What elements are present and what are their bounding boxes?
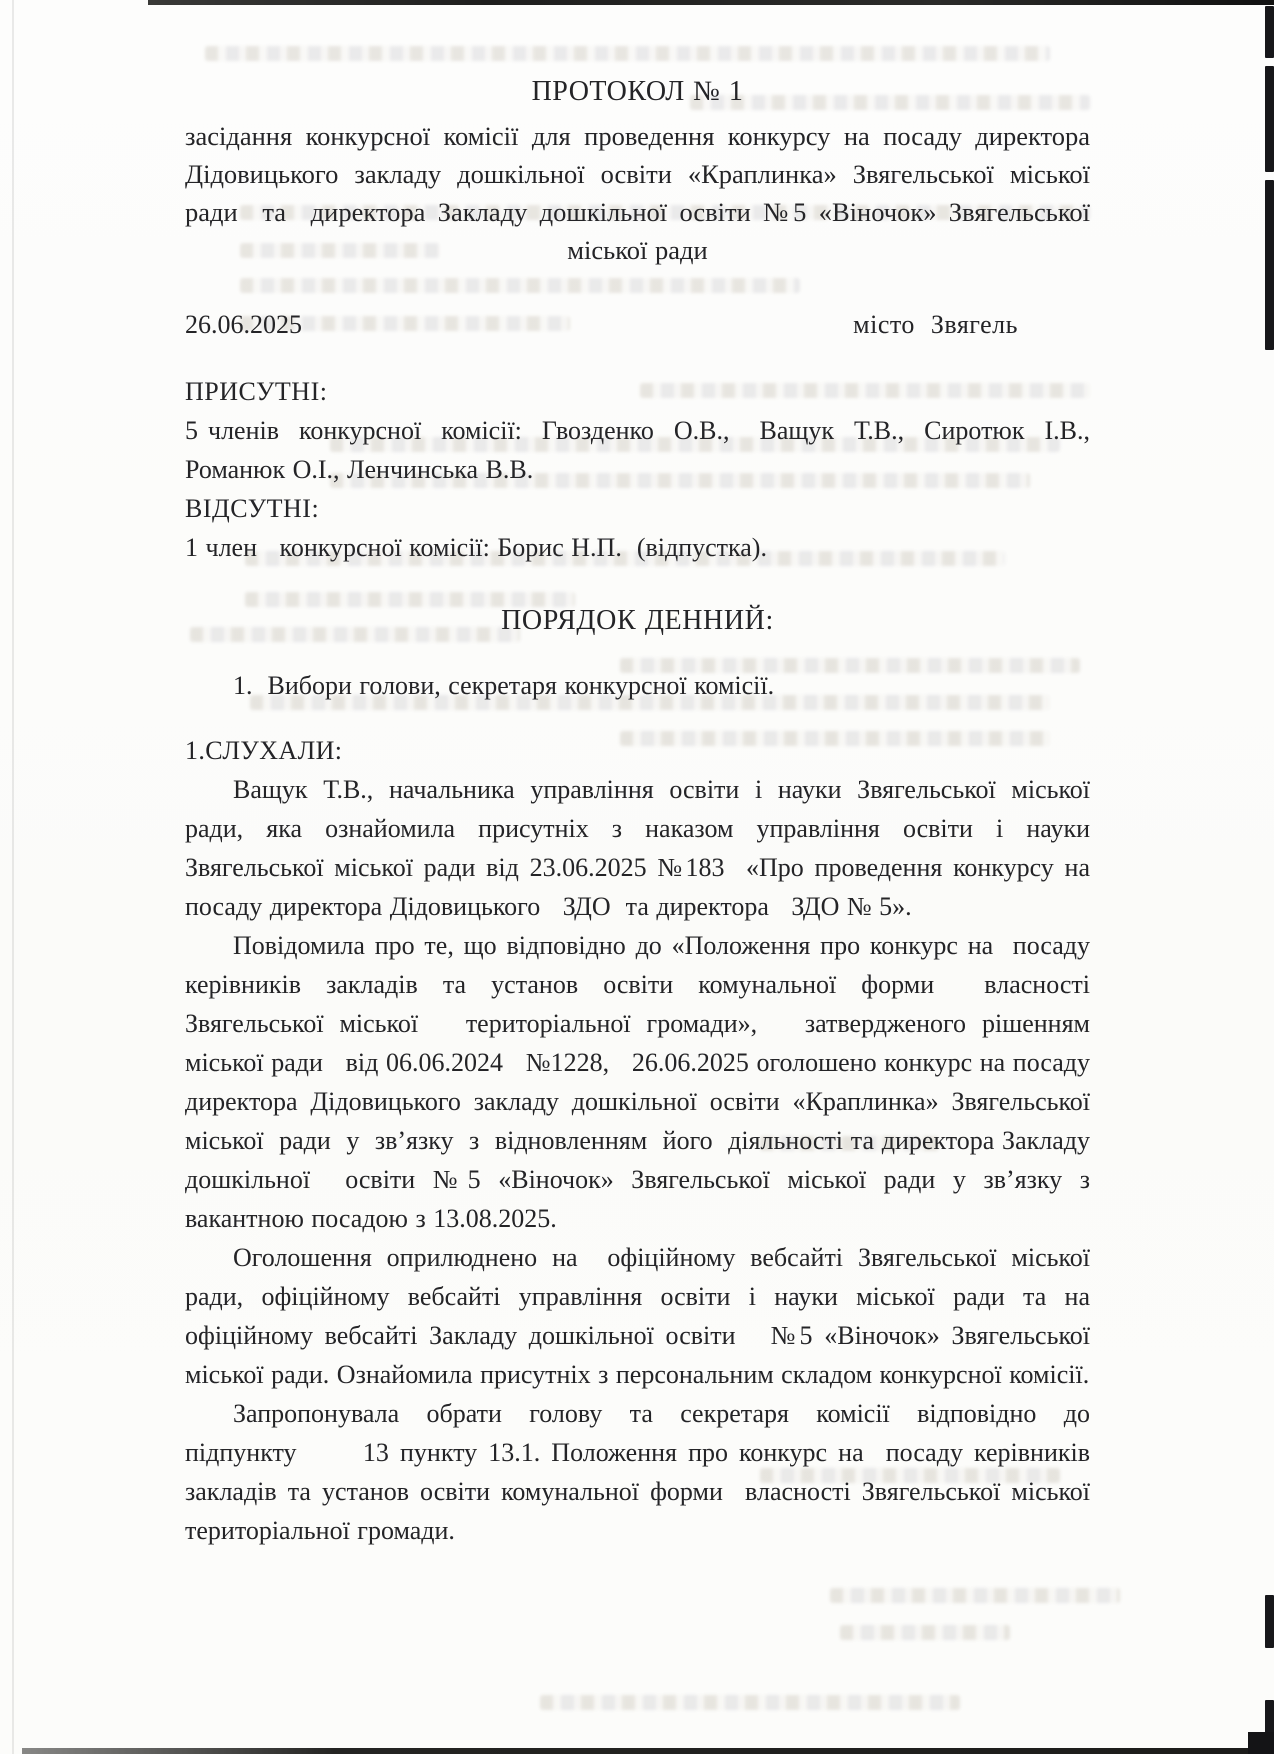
document-subtitle: засідання конкурсної комісії для проведе… — [185, 117, 1090, 269]
document-date: 26.06.2025 — [185, 305, 302, 344]
document-title: ПРОТОКОЛ № 1 — [185, 72, 1090, 111]
agenda-item: 1. Вибори голови, секретаря конкурсної к… — [185, 666, 1090, 705]
present-label: ПРИСУТНІ: — [185, 372, 1090, 411]
scan-edge-right-mark — [1265, 1595, 1274, 1648]
agenda-item-number: 1. — [233, 671, 253, 700]
scan-edge-left-line — [12, 0, 14, 1754]
bleedthrough-artifact — [830, 1588, 1120, 1603]
scan-edge-right-mark — [1265, 6, 1274, 58]
scan-corner-mark — [1248, 1732, 1274, 1754]
scanned-document-page: ПРОТОКОЛ № 1 засідання конкурсної комісі… — [0, 0, 1274, 1754]
section-paragraph: Повідомила про те, що відповідно до «Пол… — [185, 926, 1090, 1238]
scan-edge-right-mark — [1265, 66, 1274, 172]
scan-edge-right-mark — [1265, 180, 1274, 350]
agenda-heading: ПОРЯДОК ДЕННИЙ: — [185, 601, 1090, 640]
present-members: 5 членів конкурсної комісії: Гвозденко О… — [185, 411, 1090, 489]
section-paragraph: Запропонувала обрати голову та секретаря… — [185, 1394, 1090, 1550]
section-heading-heard: 1.СЛУХАЛИ: — [185, 731, 1090, 770]
section-paragraph: Оголошення оприлюднено на офіційному веб… — [185, 1238, 1090, 1394]
document-body: ПРОТОКОЛ № 1 засідання конкурсної комісі… — [185, 0, 1090, 1550]
absent-label: ВІДСУТНІ: — [185, 489, 1090, 528]
bleedthrough-artifact — [840, 1625, 1010, 1640]
bleedthrough-artifact — [540, 1695, 960, 1710]
agenda-item-text: Вибори голови, секретаря конкурсної комі… — [268, 671, 775, 700]
document-place: місто Звягель — [853, 305, 1090, 344]
absent-members: 1 член конкурсної комісії: Борис Н.П. (в… — [185, 528, 1090, 567]
section-paragraph: Ващук Т.В., начальника управління освіти… — [185, 770, 1090, 926]
date-place-row: 26.06.2025 місто Звягель — [185, 305, 1090, 344]
scan-edge-bottom-line — [22, 1748, 1274, 1754]
